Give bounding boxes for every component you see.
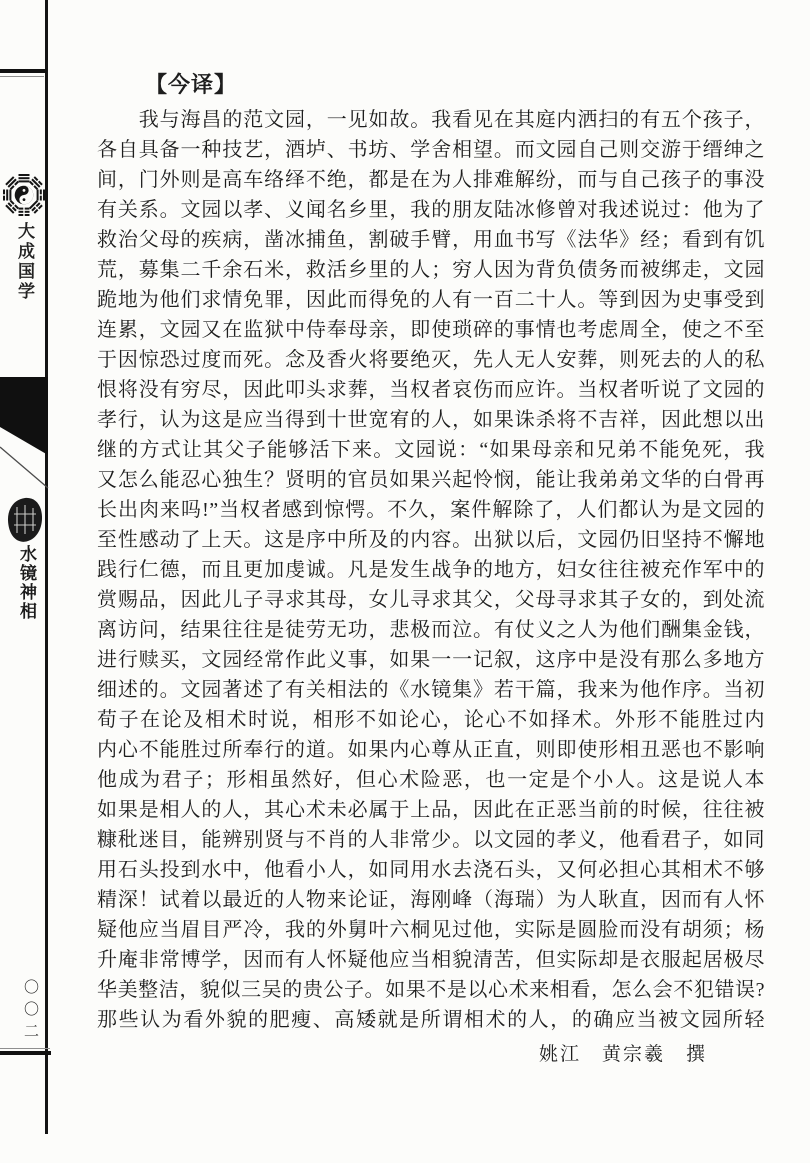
text-line: 细述的。文园著述了有关相法的《水镜集》若干篇，我来为他作序。当初 — [97, 675, 765, 705]
brand-title-vertical: 大成国学 — [12, 222, 37, 302]
folio-page-number: 〇〇二 — [20, 979, 41, 1045]
text-line: 长出肉来吗!”当权者感到惊愕。不久，案件解除了，人们都认为是文园的 — [97, 495, 765, 525]
series-title-vertical: 水镜神相 — [14, 545, 39, 621]
text-line: 至性感动了上天。这是序中所及的内容。出狱以后，文园仍旧坚持不懈地 — [97, 525, 765, 555]
text-line: 践行仁德，而且更加虔诚。凡是发生战争的地方，妇女往往被充作军中的 — [97, 555, 765, 585]
text-line: 连累，文园又在监狱中侍奉母亲，即使琐碎的事情也考虑周全，使之不至 — [97, 315, 765, 345]
text-line: 继的方式让其父子能够活下来。文园说：“如果母亲和兄弟不能免死，我 — [97, 435, 765, 465]
text-line: 糠秕迷目，能辨别贤与不肖的人非常少。以文园的孝义，他看君子，如同 — [97, 825, 765, 855]
text-line: 精深！试着以最近的人物来论证，海刚峰（海瑞）为人耿直，因而有人怀 — [97, 885, 765, 915]
text-line: 荀子在论及相术时说，相形不如论心，论心不如择术。外形不能胜过内心， — [97, 705, 765, 735]
text-line: 我与海昌的范文园，一见如故。我看见在其庭内洒扫的有五个孩子， — [97, 105, 765, 135]
section-title: 【今译】 — [97, 70, 765, 105]
text-line: 孝行，认为这是应当得到十世宽宥的人，如果诛杀将不吉祥，因此想以出 — [97, 405, 765, 435]
text-line: 进行赎买，文园经常作此义事，如果一一记叙，这序中是没有那么多地方 — [97, 645, 765, 675]
text-line: 间，门外则是高车络绎不绝，都是在为人排难解纷，而与自己孩子的事没 — [97, 165, 765, 195]
text-line: 那些认为看外貌的肥瘦、高矮就是所谓相术的人，的确应当被文园所轻慢。 — [97, 1005, 765, 1035]
translation-paragraph: 我与海昌的范文园，一见如故。我看见在其庭内洒扫的有五个孩子，各自具备一种技艺，酒… — [97, 105, 765, 1035]
text-line: 升庵非常博学，因而有人怀疑他应当相貌清苦，但实际却是衣服起居极尽 — [97, 945, 765, 975]
text-line: 荒，募集二千余石米，救活乡里的人；穷人因为背负债务而被绑走，文园 — [97, 255, 765, 285]
translation-section: 【今译】 我与海昌的范文园，一见如故。我看见在其庭内洒扫的有五个孩子，各自具备一… — [97, 70, 765, 1035]
text-line: 如果是相人的人，其心术未必属于上品，因此在正恶当前的时候，往往被 — [97, 795, 765, 825]
author-signature: 姚江 黄宗羲 撰 — [97, 1040, 765, 1070]
text-line: 内心不能胜过所奉行的道。如果内心尊从正直，则即使形相丑恶也不影响 — [97, 735, 765, 765]
bottom-margin-tick-thin — [0, 1048, 50, 1049]
top-margin-tick — [0, 69, 47, 73]
text-line: 华美整洁，貌似三吴的贵公子。如果不是以心术来相看，怎么会不犯错误? — [97, 975, 765, 1005]
page-margin-rule — [45, 0, 48, 1134]
text-line: 赏赐品，因此儿子寻求其母，女儿寻求其父，父母寻求其子女的，到处流 — [97, 585, 765, 615]
text-line: 离访问，结果往往是徒劳无功，悲极而泣。有仗义之人为他们酬集金钱， — [97, 615, 765, 645]
text-line: 有关系。文园以孝、义闻名乡里，我的朋友陆冰修曾对我述说过：他为了 — [97, 195, 765, 225]
text-line: 又怎么能忍心独生？贤明的官员如果兴起怜悯，能让我弟弟文华的白骨再 — [97, 465, 765, 495]
text-line: 疑他应当眉目严冷，我的外舅叶六桐见过他，实际是圆脸而没有胡须；杨 — [97, 915, 765, 945]
text-line: 于因惊恐过度而死。念及香火将要绝灭，先人无人安葬，则死去的人的私 — [97, 345, 765, 375]
taiji-bagua-icon — [2, 173, 46, 217]
text-line: 救治父母的疾病，凿冰捕鱼，割破手臂，用血书写《法华》经；看到有饥 — [97, 225, 765, 255]
text-line: 各自具备一种技艺，酒垆、书坊、学舍相望。而文园自己则交游于缙绅之 — [97, 135, 765, 165]
book-page-scan: 大成国学 水镜神相 〇〇二 【今译】 我与海昌的范文园，一见如故。我看见在其庭内… — [0, 0, 810, 1163]
top-margin-tick-thin — [0, 76, 44, 77]
seal-stamp-icon — [6, 497, 44, 543]
text-line: 用石头投到水中，他看小人，如同用水去浇石头，又何必担心其相术不够 — [97, 855, 765, 885]
bottom-margin-tick — [0, 1051, 51, 1055]
text-line: 跪地为他们求情免罪，因此而得免的人有一百二十人。等到因为史事受到 — [97, 285, 765, 315]
text-line: 他成为君子；形相虽然好，但心术险恶，也一定是个小人。这是说人本身。 — [97, 765, 765, 795]
thumb-index-tab — [0, 372, 52, 502]
text-line: 恨将没有穷尽，因此叩头求葬，当权者哀伤而应许。当权者听说了文园的 — [97, 375, 765, 405]
